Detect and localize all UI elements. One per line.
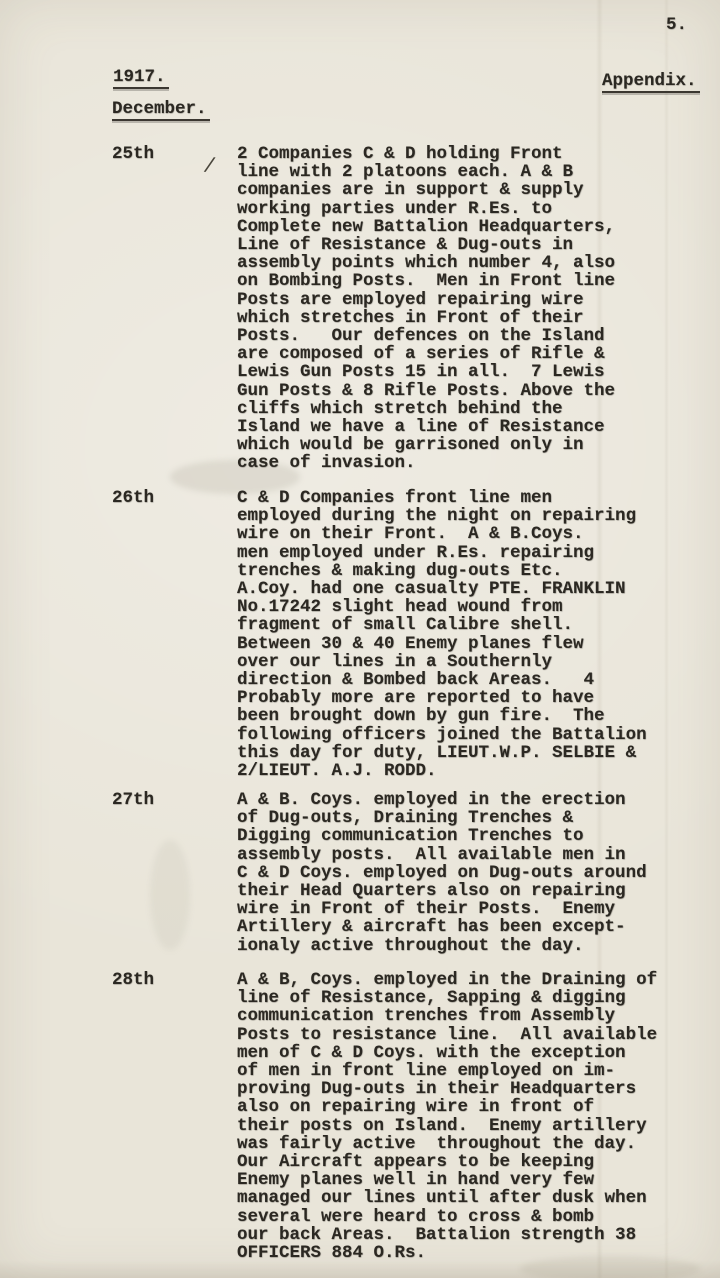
handwritten-slash-mark: / [202, 158, 216, 177]
entry-date: 26th [112, 489, 154, 507]
paper-smudge [150, 840, 190, 950]
entry-date: 28th [112, 971, 154, 989]
entry-date: 27th [112, 791, 154, 809]
paper-crease [664, 0, 669, 1278]
page-number: 5. [666, 16, 687, 34]
appendix-heading: Appendix. [602, 72, 700, 93]
entry-text: A & B, Coys. employed in the Draining of… [237, 971, 657, 1262]
month-heading: December. [112, 100, 210, 121]
scanned-war-diary-page: 5. Appendix. 1917. December. / 25th 2 Co… [0, 0, 720, 1278]
entry-text: 2 Companies C & D holding Front line wit… [237, 145, 615, 473]
year-heading: 1917. [113, 68, 169, 89]
entry-date: 25th [112, 145, 154, 163]
entry-text: A & B. Coys. employed in the erection of… [237, 791, 647, 955]
entry-text: C & D Companies front line men employed … [237, 489, 647, 780]
